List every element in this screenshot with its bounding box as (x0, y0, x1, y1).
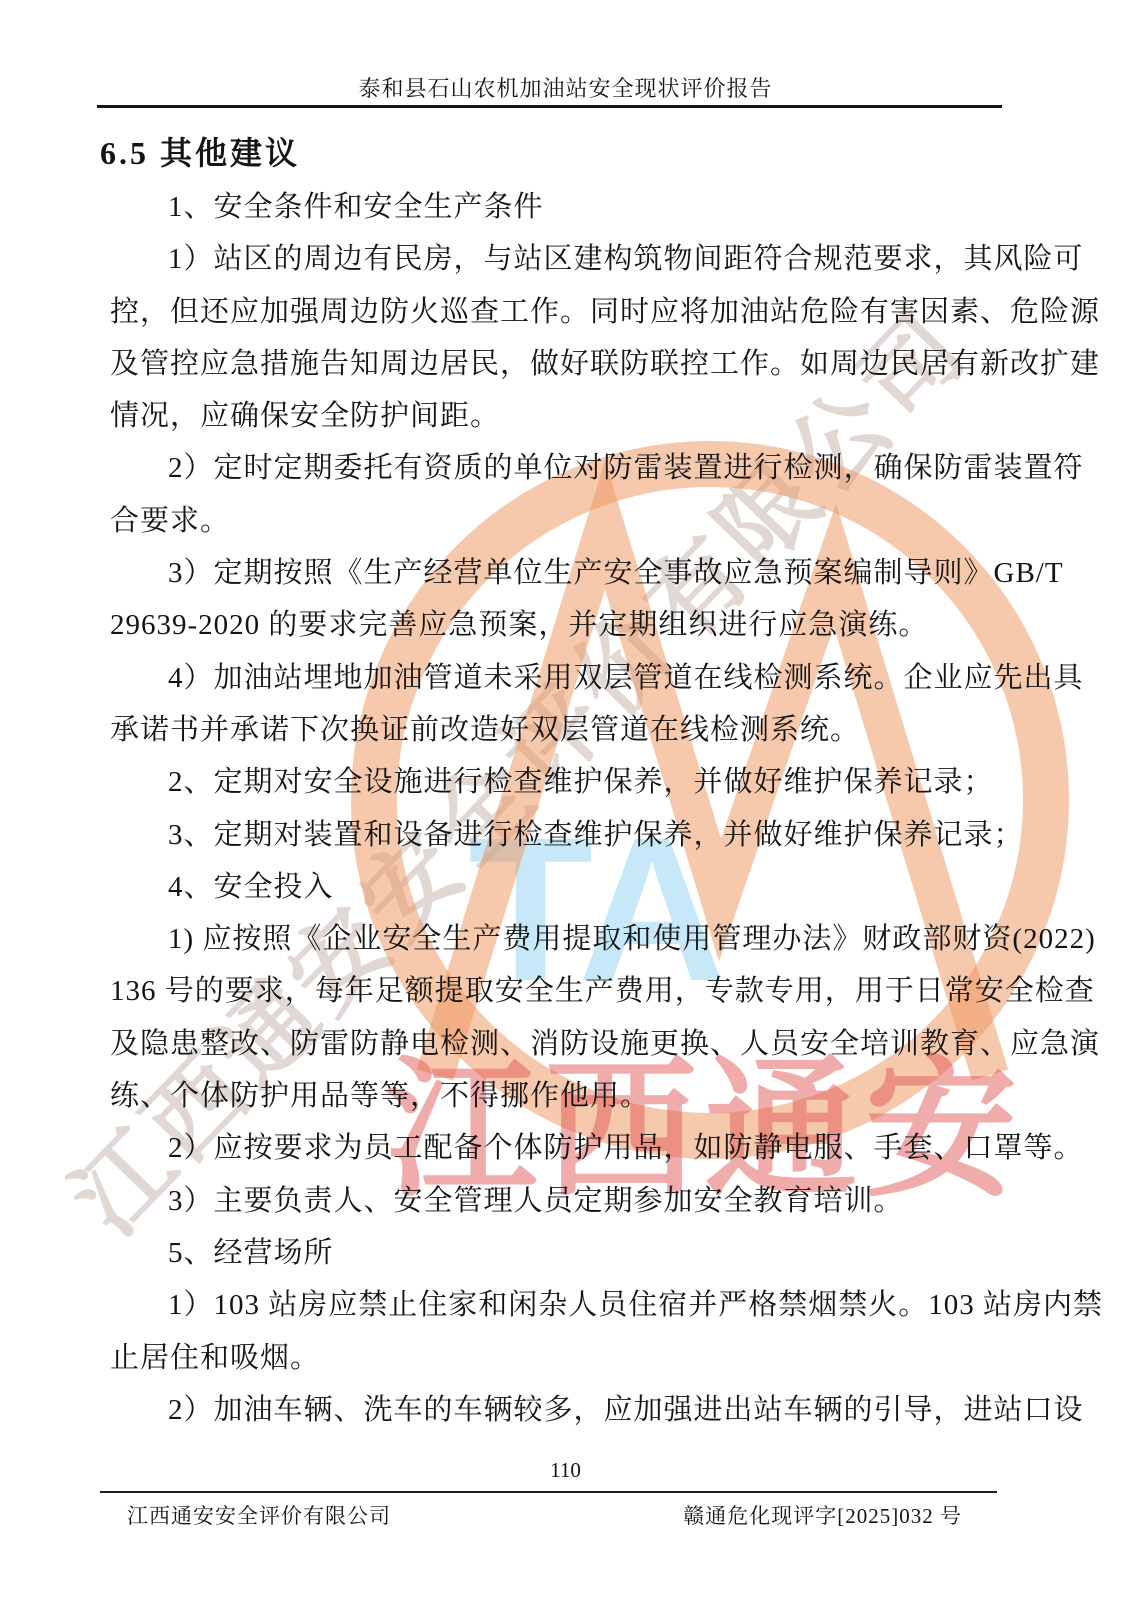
text-line: 1、安全条件和安全生产条件 (110, 181, 1005, 233)
text-line: 29639-2020 的要求完善应急预案，并定期组织进行应急演练。 (110, 599, 1005, 651)
text-line: 2）应按要求为员工配备个体防护用品，如防静电服、手套、口罩等。 (110, 1122, 1005, 1174)
text-line: 承诺书并承诺下次换证前改造好双层管道在线检测系统。 (110, 704, 1005, 756)
body-lines: 1、安全条件和安全生产条件1）站区的周边有民房，与站区建构筑物间距符合规范要求，… (110, 181, 1005, 1436)
header-rule (97, 105, 1002, 108)
page-header-title: 泰和县石山农机加油站安全现状评价报告 (0, 72, 1131, 103)
text-line: 情况，应确保安全防护间距。 (110, 390, 1005, 442)
text-line: 控，但还应加强周边防火巡查工作。同时应将加油站危险有害因素、危险源 (110, 286, 1005, 338)
text-line: 止居住和吸烟。 (110, 1332, 1005, 1384)
text-line: 136 号的要求，每年足额提取安全生产费用，专款专用，用于日常安全检查 (110, 965, 1005, 1017)
document-content: 泰和县石山农机加油站安全现状评价报告 6.5 其他建议 1、安全条件和安全生产条… (0, 0, 1131, 1600)
text-line: 1）站区的周边有民房，与站区建构筑物间距符合规范要求，其风险可 (110, 233, 1005, 285)
text-line: 1）103 站房应禁止住家和闲杂人员住宿并严格禁烟禁火。103 站房内禁 (110, 1279, 1005, 1331)
footer-rule (100, 1491, 997, 1493)
text-line: 3）定期按照《生产经营单位生产安全事故应急预案编制导则》GB/T (110, 547, 1005, 599)
section-heading: 6.5 其他建议 (100, 128, 300, 174)
text-line: 及隐患整改、防雷防静电检测、消防设施更换、人员安全培训教育、应急演 (110, 1018, 1005, 1070)
text-line: 4、安全投入 (110, 861, 1005, 913)
text-line: 2）加油车辆、洗车的车辆较多，应加强进出站车辆的引导，进站口设 (110, 1384, 1005, 1436)
footer-document-number: 赣通危化现评字[2025]032 号 (0, 1500, 962, 1530)
report-page: { "page": { "header_title": "泰和县石山农机加油站安… (0, 0, 1131, 1600)
text-line: 3、定期对装置和设备进行检查维护保养，并做好维护保养记录； (110, 809, 1005, 861)
text-line: 3）主要负责人、安全管理人员定期参加安全教育培训。 (110, 1175, 1005, 1227)
text-line: 练、个体防护用品等等，不得挪作他用。 (110, 1070, 1005, 1122)
text-line: 合要求。 (110, 495, 1005, 547)
text-line: 2、定期对安全设施进行检查维护保养，并做好维护保养记录； (110, 756, 1005, 808)
text-line: 及管控应急措施告知周边居民，做好联防联控工作。如周边民居有新改扩建 (110, 338, 1005, 390)
page-number: 110 (0, 1458, 1131, 1483)
text-line: 4）加油站埋地加油管道未采用双层管道在线检测系统。企业应先出具 (110, 652, 1005, 704)
text-line: 5、经营场所 (110, 1227, 1005, 1279)
text-line: 2）定时定期委托有资质的单位对防雷装置进行检测，确保防雷装置符 (110, 442, 1005, 494)
text-line: 1) 应按照《企业安全生产费用提取和使用管理办法》财政部财资(2022) (110, 913, 1005, 965)
